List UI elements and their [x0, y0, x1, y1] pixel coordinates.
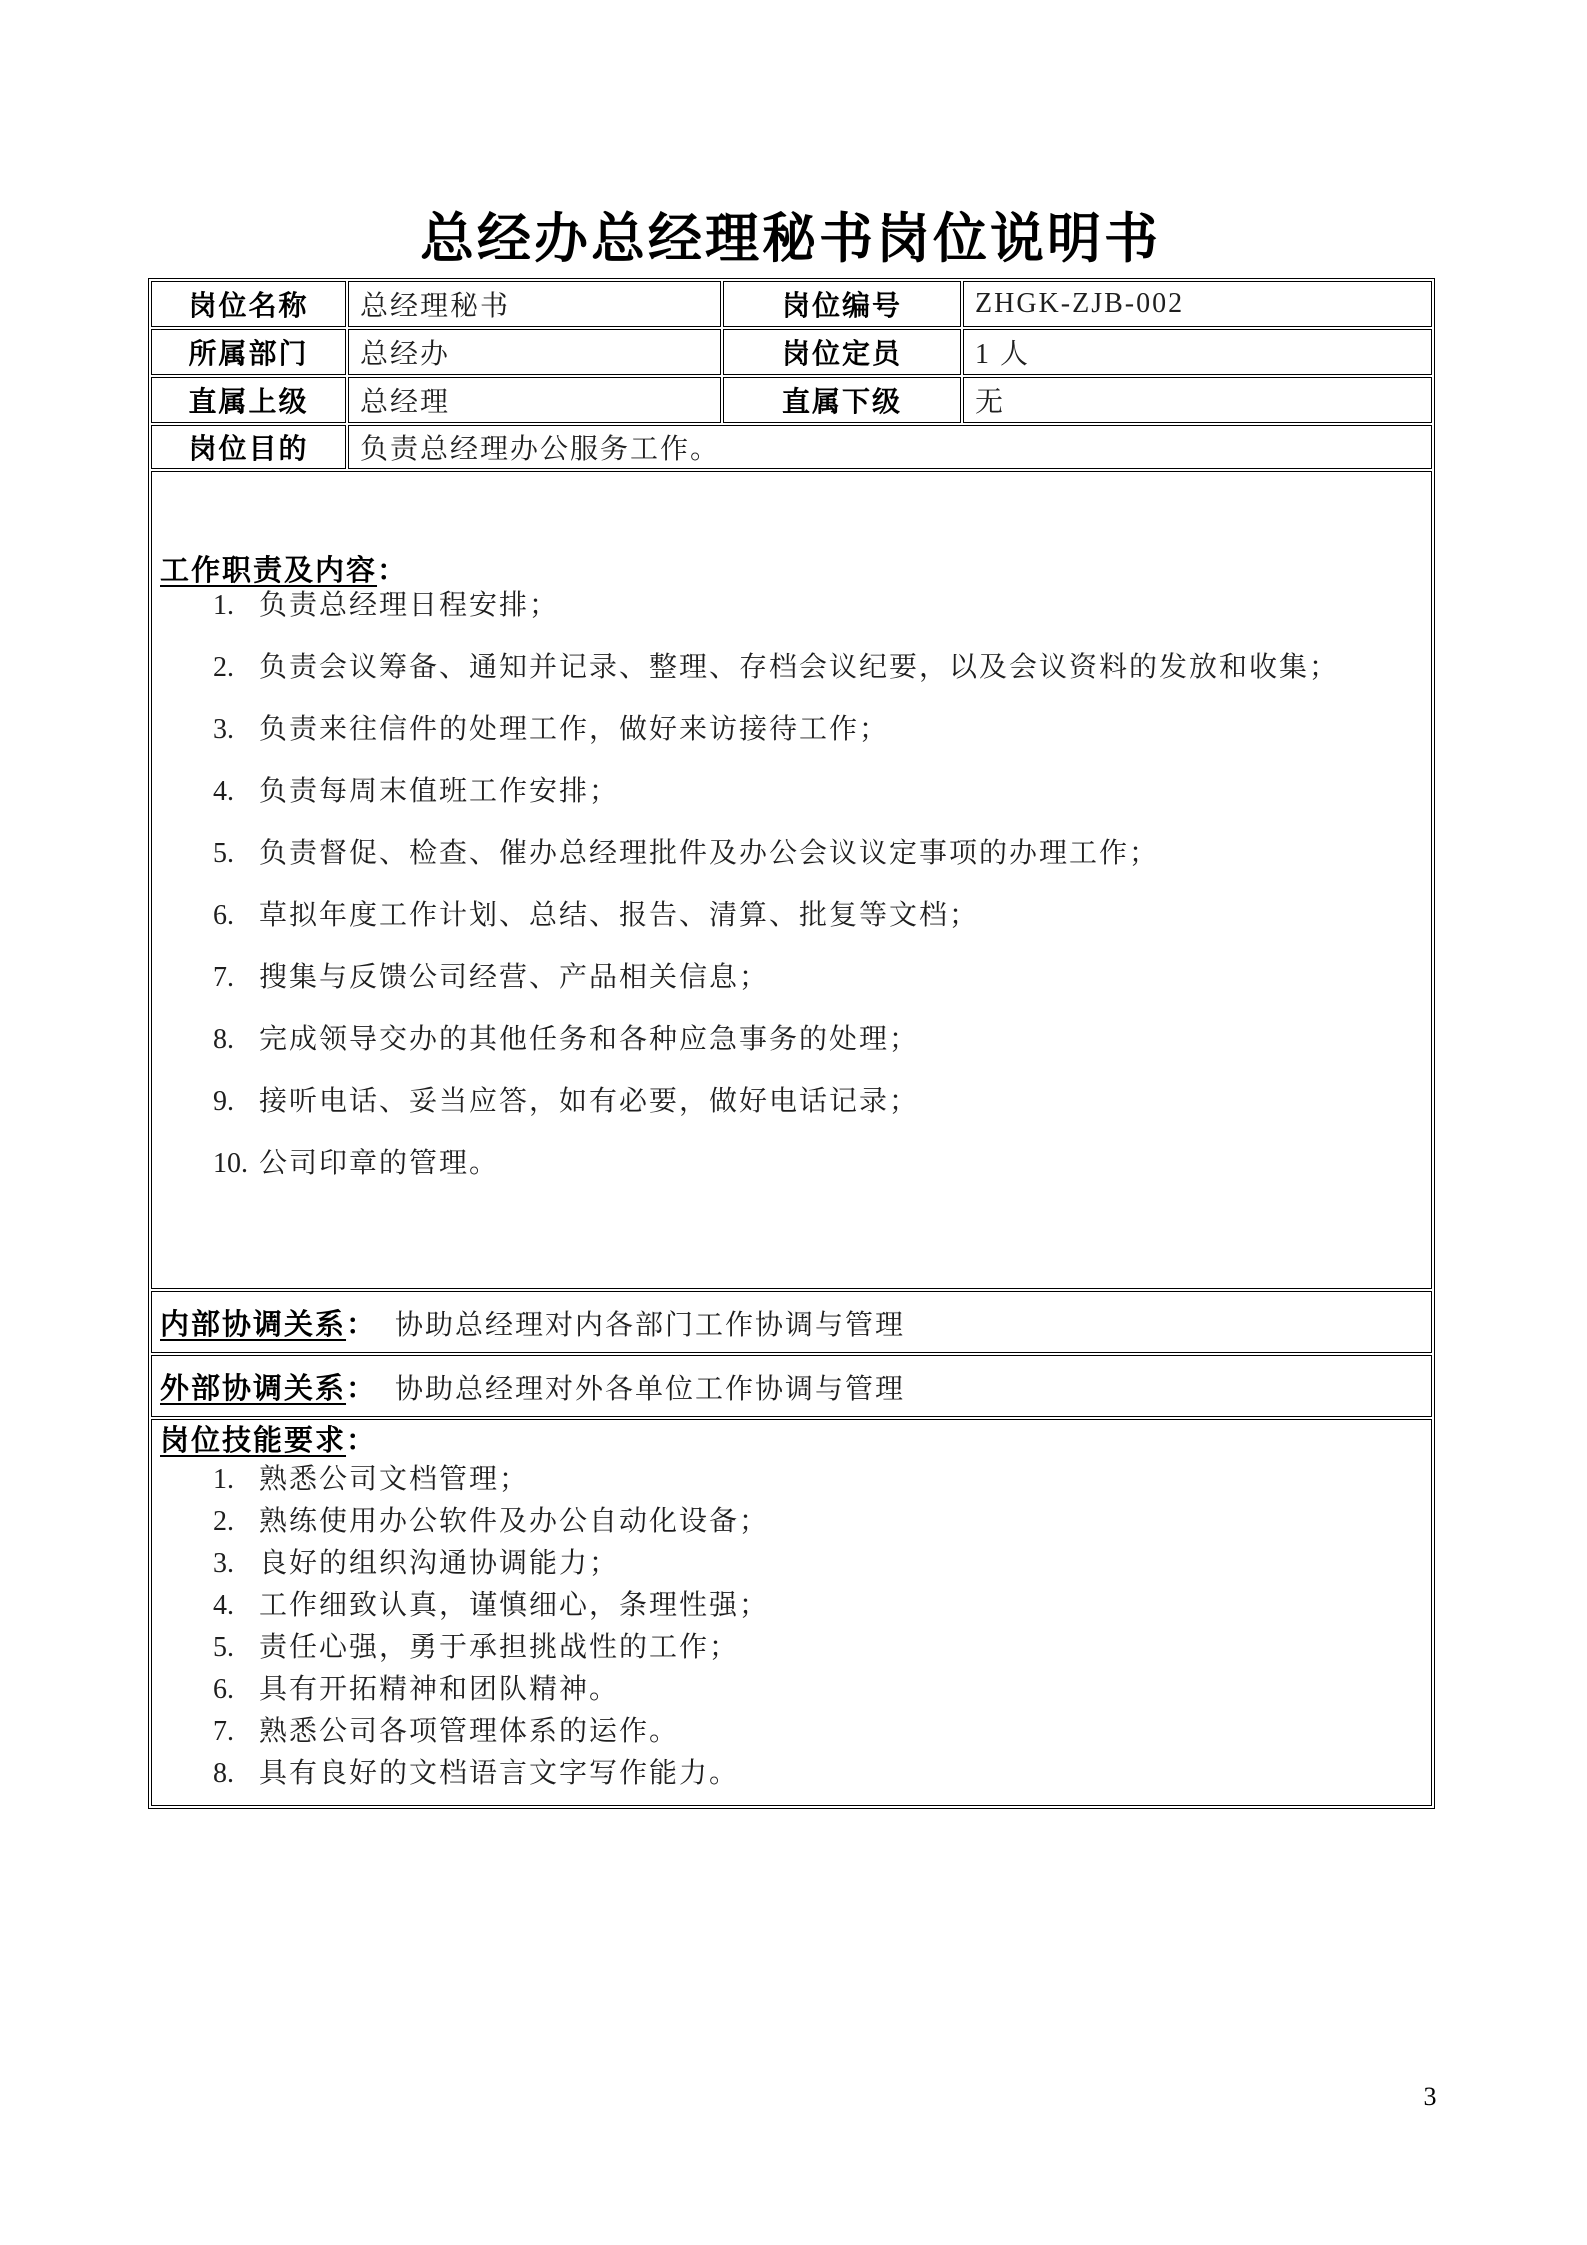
duty-item: 5.负责督促、检查、催办总经理批件及办公会议议定事项的办理工作；	[213, 837, 1421, 871]
skill-item: 1.熟悉公司文档管理；	[213, 1459, 1421, 1501]
duty-item: 1.负责总经理日程安排；	[213, 589, 1421, 623]
label-position-code: 岗位编号	[723, 281, 961, 327]
duty-item: 9.接听电话、妥当应答，如有必要，做好电话记录；	[213, 1085, 1421, 1119]
duty-item: 3.负责来往信件的处理工作，做好来访接待工作；	[213, 713, 1421, 747]
skill-item: 7.熟悉公司各项管理体系的运作。	[213, 1711, 1421, 1753]
value-direct-subordinate: 无	[963, 377, 1432, 423]
value-position-code: ZHGK-ZJB-002	[963, 281, 1432, 327]
value-direct-superior: 总经理	[348, 377, 721, 423]
label-position-name: 岗位名称	[151, 281, 346, 327]
info-row-purpose: 岗位目的 负责总经理办公服务工作。	[151, 425, 1432, 469]
duties-list: 1.负责总经理日程安排； 2.负责会议筹备、通知并记录、整理、存档会议纪要，以及…	[213, 589, 1421, 1181]
duty-text: 负责来往信件的处理工作，做好来访接待工作；	[259, 713, 1421, 747]
duty-number: 5.	[213, 837, 259, 871]
duty-item: 6.草拟年度工作计划、总结、报告、清算、批复等文档；	[213, 899, 1421, 933]
skill-text: 具有开拓精神和团队精神。	[259, 1669, 1421, 1711]
duty-number: 1.	[213, 589, 259, 623]
job-description-table: 岗位名称 总经理秘书 岗位编号 ZHGK-ZJB-002 所属部门 总经办 岗位…	[148, 278, 1435, 1809]
duty-text: 完成领导交办的其他任务和各种应急事务的处理；	[259, 1023, 1421, 1057]
duty-number: 4.	[213, 775, 259, 809]
value-headcount: 1 人	[963, 329, 1432, 375]
external-relations-cell: 外部协调关系：协助总经理对外各单位工作协调与管理	[151, 1355, 1432, 1417]
external-relations-value: 协助总经理对外各单位工作协调与管理	[395, 1374, 905, 1405]
duties-heading-text: 工作职责及内容	[160, 555, 377, 587]
skill-text: 熟悉公司各项管理体系的运作。	[259, 1711, 1421, 1753]
duty-item: 4.负责每周末值班工作安排；	[213, 775, 1421, 809]
skill-item: 6.具有开拓精神和团队精神。	[213, 1669, 1421, 1711]
duty-item: 7.搜集与反馈公司经营、产品相关信息；	[213, 961, 1421, 995]
duty-text: 负责每周末值班工作安排；	[259, 775, 1421, 809]
external-relations-row: 外部协调关系：协助总经理对外各单位工作协调与管理	[151, 1355, 1432, 1417]
duty-number: 8.	[213, 1023, 259, 1057]
skills-heading-colon: ：	[346, 1425, 377, 1457]
duty-text: 负责督促、检查、催办总经理批件及办公会议议定事项的办理工作；	[259, 837, 1421, 871]
label-department: 所属部门	[151, 329, 346, 375]
skill-number: 6.	[213, 1669, 259, 1711]
internal-relations-row: 内部协调关系：协助总经理对内各部门工作协调与管理	[151, 1291, 1432, 1353]
skills-heading: 岗位技能要求：	[160, 1424, 1421, 1458]
duty-number: 10.	[213, 1147, 259, 1181]
skills-section-cell: 岗位技能要求： 1.熟悉公司文档管理； 2.熟练使用办公软件及办公自动化设备； …	[151, 1419, 1432, 1806]
skill-item: 2.熟练使用办公软件及办公自动化设备；	[213, 1501, 1421, 1543]
info-row-position: 岗位名称 总经理秘书 岗位编号 ZHGK-ZJB-002	[151, 281, 1432, 327]
skill-number: 4.	[213, 1585, 259, 1627]
duty-text: 接听电话、妥当应答，如有必要，做好电话记录；	[259, 1085, 1421, 1119]
info-row-department: 所属部门 总经办 岗位定员 1 人	[151, 329, 1432, 375]
internal-relations-label: 内部协调关系：	[160, 1309, 377, 1341]
duties-row: 工作职责及内容： 1.负责总经理日程安排； 2.负责会议筹备、通知并记录、整理、…	[151, 471, 1432, 1289]
document-page: 总经办总经理秘书岗位说明书 岗位名称 总经理秘书 岗位编号 ZHGK-ZJB-0…	[0, 0, 1587, 2245]
internal-relations-colon: ：	[346, 1309, 377, 1341]
value-position-name: 总经理秘书	[348, 281, 721, 327]
skill-number: 2.	[213, 1501, 259, 1543]
label-direct-subordinate: 直属下级	[723, 377, 961, 423]
skill-number: 8.	[213, 1753, 259, 1795]
duties-section-cell: 工作职责及内容： 1.负责总经理日程安排； 2.负责会议筹备、通知并记录、整理、…	[151, 471, 1432, 1289]
skill-item: 3.良好的组织沟通协调能力；	[213, 1543, 1421, 1585]
duty-text: 草拟年度工作计划、总结、报告、清算、批复等文档；	[259, 899, 1421, 933]
duty-number: 6.	[213, 899, 259, 933]
skill-text: 责任心强，勇于承担挑战性的工作；	[259, 1627, 1421, 1669]
duties-heading-colon: ：	[377, 555, 408, 587]
duty-number: 2.	[213, 651, 259, 685]
duty-text: 负责会议筹备、通知并记录、整理、存档会议纪要，以及会议资料的发放和收集；	[259, 651, 1421, 685]
label-headcount: 岗位定员	[723, 329, 961, 375]
skill-text: 工作细致认真，谨慎细心，条理性强；	[259, 1585, 1421, 1627]
duty-text: 公司印章的管理。	[259, 1147, 1421, 1181]
skill-text: 良好的组织沟通协调能力；	[259, 1543, 1421, 1585]
duty-item: 8.完成领导交办的其他任务和各种应急事务的处理；	[213, 1023, 1421, 1057]
label-position-purpose: 岗位目的	[151, 425, 346, 469]
skill-number: 7.	[213, 1711, 259, 1753]
duties-heading: 工作职责及内容：	[160, 554, 1421, 588]
label-direct-superior: 直属上级	[151, 377, 346, 423]
page-number: 3	[1408, 2082, 1452, 2112]
skills-heading-text: 岗位技能要求	[160, 1425, 346, 1457]
skill-text: 具有良好的文档语言文字写作能力。	[259, 1753, 1421, 1795]
value-department: 总经办	[348, 329, 721, 375]
page-title: 总经办总经理秘书岗位说明书	[0, 196, 1581, 273]
duty-text: 负责总经理日程安排；	[259, 589, 1421, 623]
value-position-purpose: 负责总经理办公服务工作。	[348, 425, 1432, 469]
duty-number: 3.	[213, 713, 259, 747]
skill-number: 1.	[213, 1459, 259, 1501]
external-relations-colon: ：	[346, 1373, 377, 1405]
skill-text: 熟悉公司文档管理；	[259, 1459, 1421, 1501]
external-relations-label: 外部协调关系：	[160, 1373, 377, 1405]
duty-text: 搜集与反馈公司经营、产品相关信息；	[259, 961, 1421, 995]
internal-relations-value: 协助总经理对内各部门工作协调与管理	[395, 1310, 905, 1341]
skills-row: 岗位技能要求： 1.熟悉公司文档管理； 2.熟练使用办公软件及办公自动化设备； …	[151, 1419, 1432, 1806]
skill-item: 5.责任心强，勇于承担挑战性的工作；	[213, 1627, 1421, 1669]
skill-text: 熟练使用办公软件及办公自动化设备；	[259, 1501, 1421, 1543]
internal-relations-cell: 内部协调关系：协助总经理对内各部门工作协调与管理	[151, 1291, 1432, 1353]
duty-item: 2.负责会议筹备、通知并记录、整理、存档会议纪要，以及会议资料的发放和收集；	[213, 651, 1421, 685]
internal-relations-label-text: 内部协调关系	[160, 1309, 346, 1341]
info-row-superior: 直属上级 总经理 直属下级 无	[151, 377, 1432, 423]
skills-list: 1.熟悉公司文档管理； 2.熟练使用办公软件及办公自动化设备； 3.良好的组织沟…	[213, 1459, 1421, 1795]
skill-number: 3.	[213, 1543, 259, 1585]
external-relations-label-text: 外部协调关系	[160, 1373, 346, 1405]
skill-item: 4.工作细致认真，谨慎细心，条理性强；	[213, 1585, 1421, 1627]
duty-number: 7.	[213, 961, 259, 995]
duty-number: 9.	[213, 1085, 259, 1119]
skill-number: 5.	[213, 1627, 259, 1669]
skill-item: 8.具有良好的文档语言文字写作能力。	[213, 1753, 1421, 1795]
duty-item: 10.公司印章的管理。	[213, 1147, 1421, 1181]
